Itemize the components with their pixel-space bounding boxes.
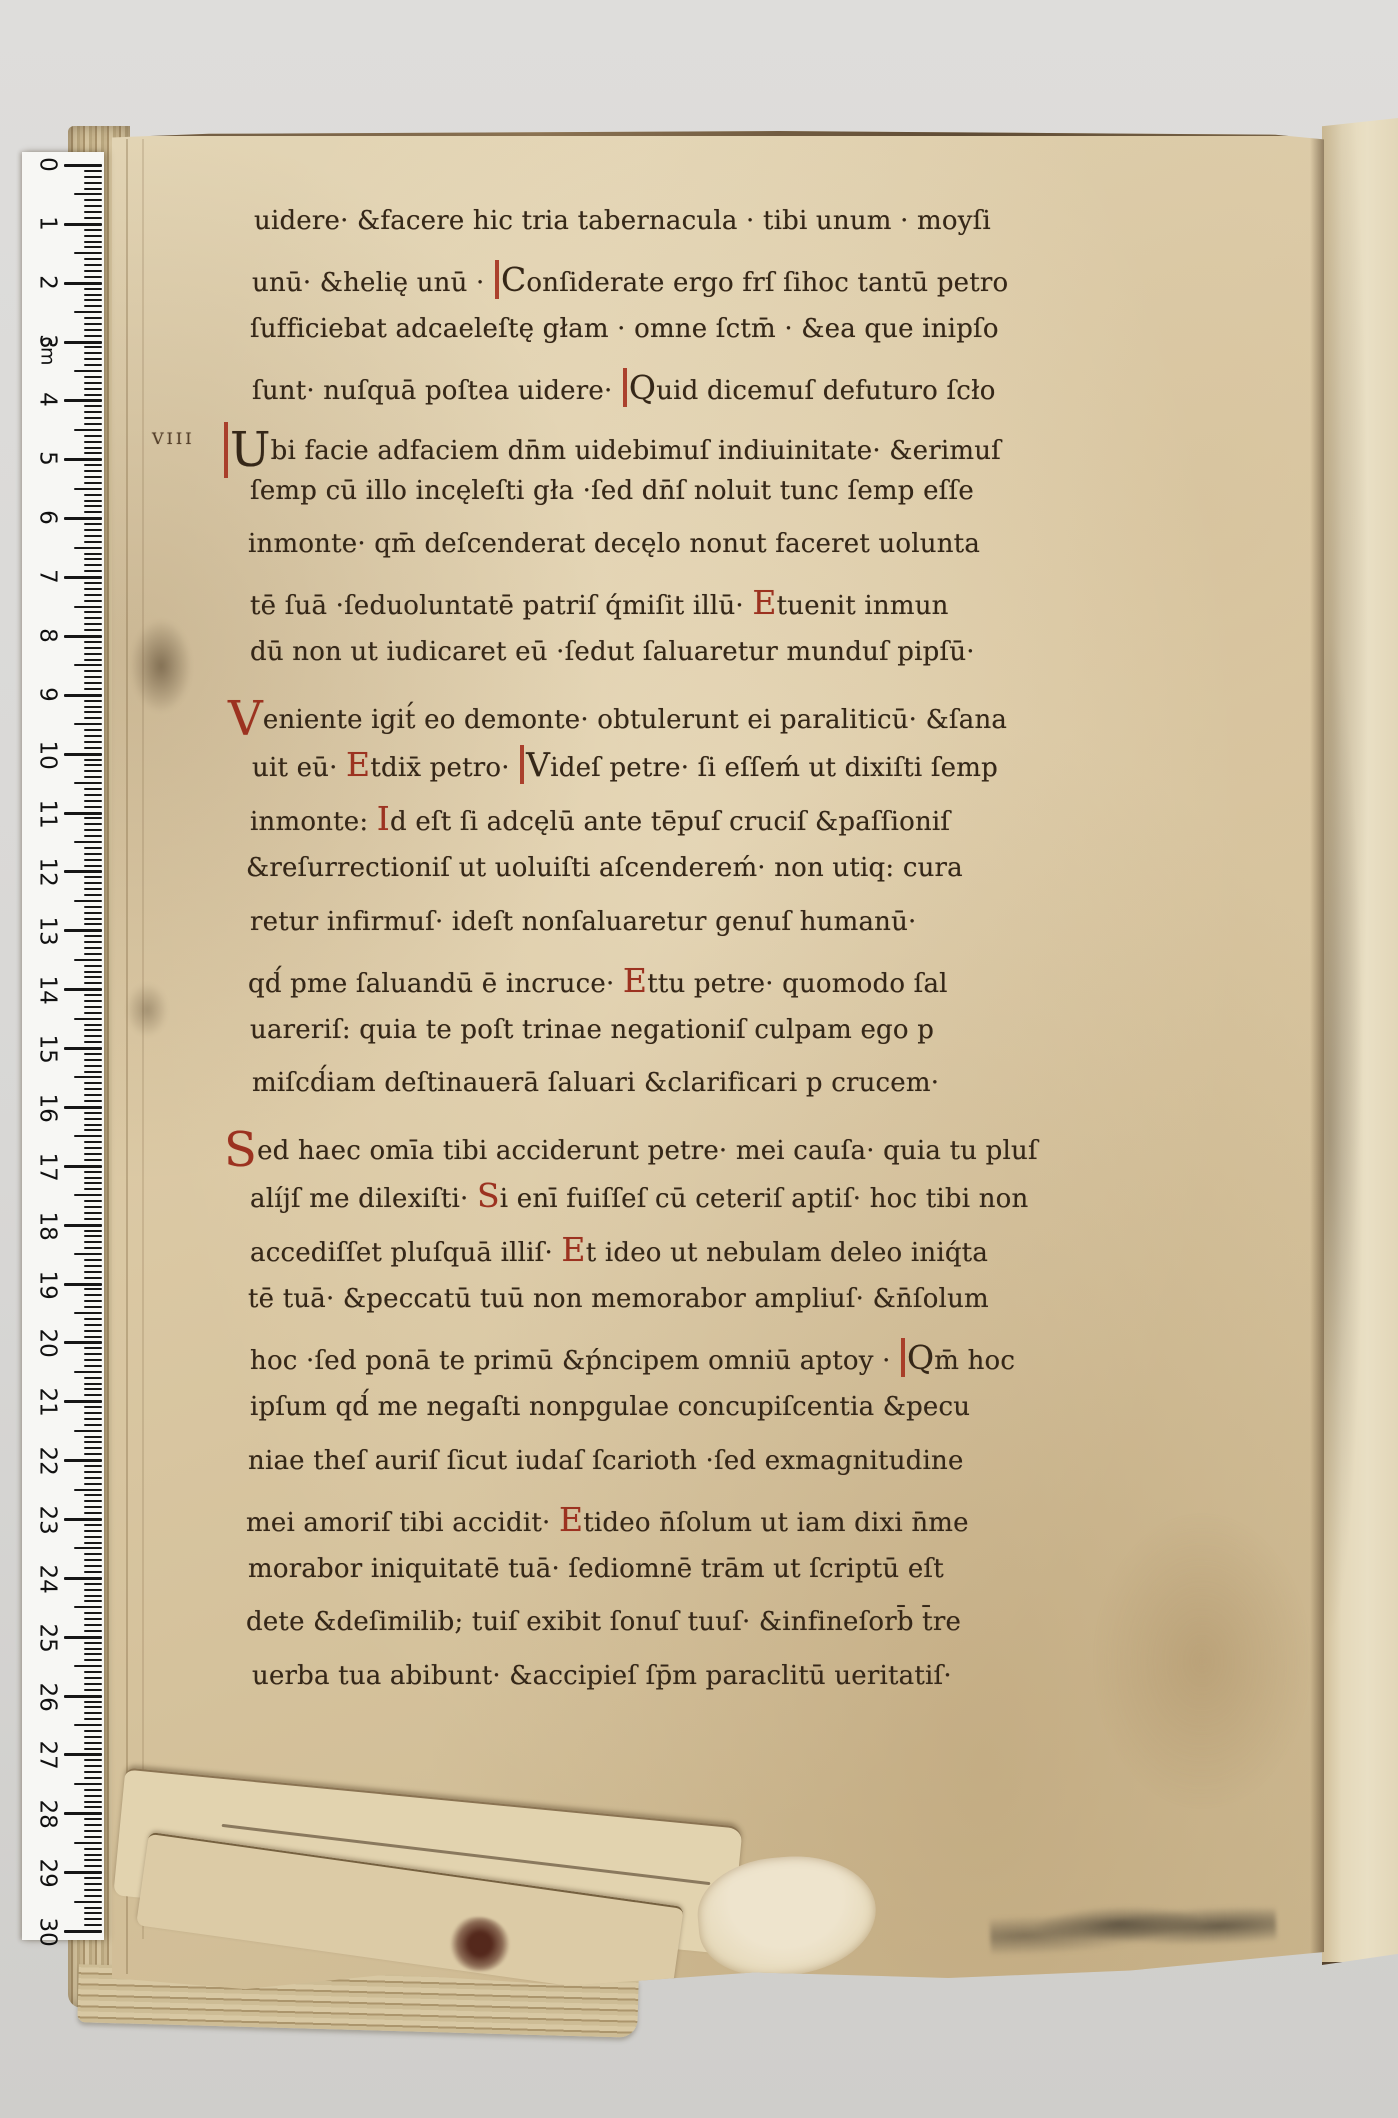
ruler-tick <box>64 1283 102 1286</box>
initial-letter: U <box>224 422 271 478</box>
ruler-number: 19 <box>36 1270 59 1296</box>
ruler-tick <box>84 1494 102 1496</box>
text-segment: uerba tua abibunt· &accipieſ ſp̄m paracl… <box>252 1661 952 1691</box>
ruler-tick <box>74 1724 102 1726</box>
ruler-tick <box>84 835 102 837</box>
manuscript-line: Ubi facie adfaciem dn̄m uidebimuſ indiui… <box>222 422 1001 478</box>
manuscript-line: qd́ pme ſaluandū ē incruce· Ettu petre· … <box>248 961 948 1000</box>
ruler-tick <box>84 611 102 613</box>
text-segment: ttu petre· quomodo ſal <box>647 969 947 999</box>
initial-letter: Q <box>623 368 656 407</box>
ruler-tick <box>84 1918 102 1920</box>
ruler-tick <box>84 788 102 790</box>
ruler-tick <box>84 1859 102 1861</box>
ruler-tick <box>84 1053 102 1055</box>
ruler-tick <box>84 464 102 466</box>
ruler-tick <box>84 1718 102 1720</box>
ruler-tick <box>84 217 102 219</box>
text-segment: dete &deſimilib; tuiſ exibit ſonuſ tuuſ·… <box>246 1607 961 1637</box>
ruler-tick <box>84 582 102 584</box>
ruler-tick <box>84 553 102 555</box>
ruler-tick <box>64 812 102 815</box>
ruler-tick <box>84 1624 102 1626</box>
ruler-tick <box>74 311 102 313</box>
ruler-tick <box>74 1312 102 1314</box>
ruler-tick <box>84 1365 102 1367</box>
ruler-tick <box>84 1159 102 1161</box>
manuscript-line: miſcd́iam deſtinauerā ſaluari &clarifica… <box>252 1068 939 1098</box>
text-segment: ipſum qd́ me negaſti nonpgulae concupiſc… <box>250 1392 970 1422</box>
ruler-number: 20 <box>36 1329 59 1355</box>
ruler-number: 14 <box>36 976 59 1002</box>
ruler-tick <box>84 246 102 248</box>
ruler-number: 12 <box>36 858 59 884</box>
ruler-tick <box>64 1577 102 1580</box>
ruler-tick <box>84 1742 102 1744</box>
ruler-tick <box>84 364 102 366</box>
ruler-tick <box>74 1489 102 1491</box>
manuscript-line: dū non ut iudicaret eū ·ſedut ſaluaretur… <box>250 637 975 667</box>
ruler-tick <box>84 1082 102 1084</box>
ruler-tick <box>84 1441 102 1443</box>
ruler-tick <box>64 1695 102 1698</box>
ruler-tick <box>84 1418 102 1420</box>
ruler-tick <box>84 741 102 743</box>
ruler-tick <box>84 1559 102 1561</box>
ruler-tick <box>84 1854 102 1856</box>
ruler-tick <box>84 1583 102 1585</box>
ruler-tick <box>84 1683 102 1685</box>
ruler-tick <box>84 659 102 661</box>
ruler-tick <box>84 1471 102 1473</box>
ruler-tick <box>74 782 102 784</box>
ruler-tick <box>84 729 102 731</box>
ruler-tick <box>84 1359 102 1361</box>
ruler-number: 21 <box>36 1388 59 1414</box>
text-segment: eniente igit́ eo demonte· obtulerunt ei … <box>263 705 1007 735</box>
ruler-tick <box>84 1706 102 1708</box>
ruler-tick <box>84 1765 102 1767</box>
ruler-tick <box>64 1165 102 1168</box>
ruler-tick <box>84 1806 102 1808</box>
ruler-tick <box>84 441 102 443</box>
ruler-tick <box>84 918 102 920</box>
ruler-tick <box>84 211 102 213</box>
text-segment: ideſ petre· ſi eſſeḿ ut dixiſti ſemp <box>550 753 998 783</box>
ruler-tick <box>84 1465 102 1467</box>
ruler-tick <box>84 629 102 631</box>
ruler-tick <box>84 535 102 537</box>
text-segment: t ideo ut nebulam deleo iniq́ta <box>586 1238 988 1268</box>
ruler-tick <box>84 305 102 307</box>
ruler-tick <box>64 1812 102 1815</box>
manuscript-line: unū· &helię unū · Conſiderate ergo frſ ſ… <box>252 260 1008 299</box>
text-segment: qd́ pme ſaluandū ē incruce· <box>248 969 623 999</box>
ruler-number: 30 <box>36 1918 59 1944</box>
ruler-tick <box>84 594 102 596</box>
ruler-tick <box>84 1671 102 1673</box>
ruler-tick <box>84 935 102 937</box>
ruler-tick <box>64 1871 102 1874</box>
ruler-number: 25 <box>36 1623 59 1649</box>
manuscript-line: morabor iniquitatē tuā· ſediomnē trām ut… <box>248 1554 944 1584</box>
ruler-tick <box>84 994 102 996</box>
ruler-tick <box>84 1653 102 1655</box>
ruler-tick <box>84 1500 102 1502</box>
text-segment: tideo n̄ſolum ut iam dixi n̄me <box>583 1508 969 1538</box>
ruler-tick <box>84 329 102 331</box>
ruler-tick <box>74 1076 102 1078</box>
ruler-tick <box>84 1065 102 1067</box>
ruler-tick <box>84 1112 102 1114</box>
ruler-tick <box>84 823 102 825</box>
ruler-number: 11 <box>36 799 59 825</box>
ruler-number: 3 <box>36 328 59 354</box>
ruler-tick <box>74 900 102 902</box>
ruler-tick <box>84 1436 102 1438</box>
ruler-tick <box>84 1447 102 1449</box>
ruler-number: 2 <box>36 269 59 295</box>
ruler-tick <box>84 1230 102 1232</box>
manuscript-line: mei amoriſ tibi accidit· Etideo n̄ſolum … <box>246 1500 969 1539</box>
manuscript-line: Sed haec omīa tibi acciderunt petre· mei… <box>224 1122 1038 1178</box>
ruler-tick <box>84 1188 102 1190</box>
ruler-tick <box>84 1877 102 1879</box>
ruler-tick <box>84 411 102 413</box>
ruler-tick <box>84 376 102 378</box>
ruler-tick <box>84 188 102 190</box>
ruler-number: 0 <box>36 152 59 178</box>
ruler-tick <box>84 1571 102 1573</box>
ruler-tick <box>84 1542 102 1544</box>
manuscript-line: ſufficiebat adcaeleſtę głam · omne ſctm̄… <box>250 314 999 344</box>
ruler-tick <box>84 1848 102 1850</box>
ruler-tick <box>84 1206 102 1208</box>
ruler-tick <box>84 1748 102 1750</box>
ruler-tick <box>74 841 102 843</box>
ruler-tick <box>84 1677 102 1679</box>
ruler-tick <box>84 1612 102 1614</box>
text-segment: niae theſ auriſ ſicut iudaſ ſcarioth ·ſe… <box>248 1446 964 1476</box>
ruler-tick <box>84 1889 102 1891</box>
ruler-tick <box>84 1712 102 1714</box>
ruler-tick <box>84 853 102 855</box>
ruler-number: 13 <box>36 917 59 943</box>
ruler-tick <box>84 1589 102 1591</box>
manuscript-line: tē ſuā ·ſeduoluntatē patriſ q́miſit illū… <box>250 583 949 622</box>
ruler-tick <box>84 1153 102 1155</box>
ruler-tick <box>84 1483 102 1485</box>
ruler-tick <box>64 576 102 579</box>
ruler-tick <box>84 1200 102 1202</box>
ruler-tick <box>84 1353 102 1355</box>
ruler-tick <box>84 1059 102 1061</box>
ruler-tick <box>84 1277 102 1279</box>
ruler-tick <box>84 1294 102 1296</box>
text-segment: mei amoriſ tibi accidit· <box>246 1508 559 1538</box>
initial-letter: I <box>377 799 390 838</box>
ruler-tick <box>84 1041 102 1043</box>
ruler-tick <box>84 1883 102 1885</box>
ruler-tick <box>84 600 102 602</box>
ruler-tick <box>84 1477 102 1479</box>
ruler-tick <box>84 1071 102 1073</box>
photo-of-manuscript: { "page": { "folio_marker": "viii", "bac… <box>0 0 1398 2118</box>
ruler-tick <box>84 859 102 861</box>
ruler-tick <box>84 653 102 655</box>
ruler-tick <box>64 694 102 697</box>
manuscript-line: hoc ·ſed ponā te primū &ṕncipem omniū ap… <box>250 1338 1015 1377</box>
initial-letter: E <box>623 961 647 1000</box>
ruler-tick <box>84 1259 102 1261</box>
ruler-tick <box>84 617 102 619</box>
ruler-tick <box>84 1000 102 1002</box>
ruler-tick <box>84 976 102 978</box>
ruler-number: 7 <box>36 564 59 590</box>
initial-letter: C <box>495 260 526 299</box>
ruler-number: 22 <box>36 1447 59 1473</box>
ruler-tick <box>84 1453 102 1455</box>
ruler-tick <box>64 988 102 991</box>
ruler-tick <box>64 341 102 344</box>
ruler-tick <box>84 923 102 925</box>
ruler-tick <box>84 235 102 237</box>
ruler-tick <box>84 1306 102 1308</box>
ruler-tick <box>84 806 102 808</box>
ruler-tick <box>84 1324 102 1326</box>
ruler-tick <box>84 1759 102 1761</box>
ruler-tick <box>84 1006 102 1008</box>
initial-letter: E <box>561 1230 585 1269</box>
text-segment: i enī fuiſſeſ cū ceteriſ aptiſ· hoc tibi… <box>500 1184 1029 1214</box>
ruler-tick <box>84 382 102 384</box>
manuscript-line: dete &deſimilib; tuiſ exibit ſonuſ tuuſ·… <box>246 1607 961 1637</box>
manuscript-line: &reſurrectioniſ ut uoluiſti aſcendereḿ· … <box>246 853 963 883</box>
ruler-tick <box>84 1336 102 1338</box>
ruler-tick <box>84 505 102 507</box>
ruler-tick <box>74 1783 102 1785</box>
ruler-tick <box>84 1777 102 1779</box>
ruler-tick <box>84 1736 102 1738</box>
ruler-tick <box>64 282 102 285</box>
ruler-tick <box>84 288 102 290</box>
ruler-tick <box>84 1124 102 1126</box>
ruler-tick <box>84 176 102 178</box>
text-segment: inmonte: <box>250 807 377 837</box>
ruler-tick <box>84 394 102 396</box>
ruler-tick <box>84 1171 102 1173</box>
ruler-tick <box>84 417 102 419</box>
text-segment: retur infirmuſ· ideſt nonſaluaretur genu… <box>250 907 917 937</box>
ruler-tick <box>84 847 102 849</box>
text-segment: uidere· &facere hic tria tabernacula · t… <box>254 206 991 236</box>
ruler-tick <box>84 711 102 713</box>
ruler-tick <box>84 523 102 525</box>
ruler-tick <box>74 1018 102 1020</box>
ruler-tick <box>84 346 102 348</box>
ruler-tick <box>84 876 102 878</box>
manuscript-line: uidere· &facere hic tria tabernacula · t… <box>254 206 991 236</box>
ruler-tick <box>64 1518 102 1521</box>
ruler-tick <box>84 1024 102 1026</box>
ruler-tick <box>74 1606 102 1608</box>
ruler-tick <box>74 1665 102 1667</box>
initial-letter: V <box>228 691 263 747</box>
text-segment: uareriſ: quia te poſt trinae negationiſ … <box>250 1015 934 1045</box>
ruler-tick <box>84 706 102 708</box>
text-segment: inmonte· qm̄ deſcenderat decęlo nonut fa… <box>248 529 980 559</box>
text-segment: uid dicemuſ defuturo ſcło <box>656 376 995 406</box>
ruler-tick <box>84 947 102 949</box>
text-segment: accediſſet pluſquā illiſ· <box>250 1238 561 1268</box>
ruler-tick <box>84 1689 102 1691</box>
ruler-tick <box>84 1789 102 1791</box>
ruler-tick <box>84 1618 102 1620</box>
manuscript-line: tē tuā· &peccatū tuū non memorabor ampli… <box>248 1284 989 1314</box>
ruler-tick <box>84 682 102 684</box>
ruler-tick <box>84 1394 102 1396</box>
ruler-tick <box>64 870 102 873</box>
ruler-tick <box>84 1771 102 1773</box>
ruler-tick <box>84 1801 102 1803</box>
initial-letter: Q <box>901 1338 934 1377</box>
ruler-tick <box>84 1247 102 1249</box>
ruler-tick <box>84 1648 102 1650</box>
initial-letter: S <box>477 1176 500 1215</box>
manuscript-line: inmonte· qm̄ deſcenderat decęlo nonut fa… <box>248 529 980 559</box>
ruler-tick <box>84 1035 102 1037</box>
manuscript-line: niae theſ auriſ ſicut iudaſ ſcarioth ·ſe… <box>248 1446 964 1476</box>
ruler-tick <box>84 570 102 572</box>
ruler-number: 15 <box>36 1035 59 1061</box>
ruler-tick <box>64 1341 102 1344</box>
text-segment: ſunt· nuſquā poſtea uidere· <box>252 376 621 406</box>
text-segment: d eſt ſi adcęlū ante tēpuſ cruciſ &paſſi… <box>390 807 950 837</box>
ruler-tick <box>84 1865 102 1867</box>
ruler-tick <box>74 488 102 490</box>
ruler-tick <box>84 182 102 184</box>
ruler-tick <box>74 1194 102 1196</box>
ruler-tick <box>84 1347 102 1349</box>
ruler-tick <box>84 205 102 207</box>
ruler-tick <box>84 294 102 296</box>
ruler-tick <box>64 458 102 461</box>
ruler-tick <box>84 529 102 531</box>
manuscript-line: Veniente igit́ eo demonte· obtulerunt ei… <box>228 691 1007 747</box>
ruler-tick <box>84 953 102 955</box>
ruler-tick <box>84 700 102 702</box>
ruler-tick <box>74 959 102 961</box>
ruler-tick <box>84 1412 102 1414</box>
ruler-tick <box>84 358 102 360</box>
ruler-tick <box>84 670 102 672</box>
manuscript-line: alíjſ me dilexiſti· Si enī fuiſſeſ cū ce… <box>250 1176 1028 1215</box>
ruler-tick <box>84 1512 102 1514</box>
ruler-number: 23 <box>36 1506 59 1532</box>
ruler-tick <box>84 1241 102 1243</box>
ruler-tick <box>84 388 102 390</box>
ruler-tick <box>64 399 102 402</box>
ruler-tick <box>84 906 102 908</box>
ruler-tick <box>84 476 102 478</box>
ruler-tick <box>84 500 102 502</box>
text-segment: tdix̄ petro· <box>370 753 518 783</box>
ruler-tick <box>84 1895 102 1897</box>
ruler-tick <box>84 647 102 649</box>
ruler-tick <box>84 1141 102 1143</box>
ruler-tick <box>84 1012 102 1014</box>
ruler-tick <box>84 229 102 231</box>
ruler-tick <box>74 370 102 372</box>
ruler-number: 24 <box>36 1564 59 1590</box>
initial-letter: V <box>520 745 550 784</box>
text-segment: uit eū· <box>252 753 346 783</box>
ruler-tick <box>84 1907 102 1909</box>
ruler-tick <box>84 335 102 337</box>
ruler-number: 8 <box>36 622 59 648</box>
ruler-tick <box>84 241 102 243</box>
ruler-tick <box>84 494 102 496</box>
ruler-tick <box>74 664 102 666</box>
ruler-tick <box>84 564 102 566</box>
ruler-number: 4 <box>36 387 59 413</box>
ruler-tick <box>84 323 102 325</box>
ruler-tick <box>84 276 102 278</box>
ruler-tick <box>84 1506 102 1508</box>
ruler-tick <box>64 635 102 638</box>
ruler-tick <box>84 623 102 625</box>
ruler-tick <box>64 517 102 520</box>
ruler-tick <box>84 1830 102 1832</box>
ruler-tick <box>64 164 102 167</box>
ruler-tick <box>64 1753 102 1756</box>
ruler-tick <box>84 1642 102 1644</box>
ruler-tick <box>74 1901 102 1903</box>
ruler-number: 29 <box>36 1859 59 1885</box>
ruler: cm 0123456789101112131415161718192021222… <box>22 152 104 1940</box>
ruler-tick <box>84 1271 102 1273</box>
ruler-tick <box>84 770 102 772</box>
ruler-tick <box>84 1129 102 1131</box>
ruler-tick <box>84 299 102 301</box>
ruler-tick <box>74 252 102 254</box>
ruler-tick <box>84 405 102 407</box>
ruler-tick <box>64 1224 102 1227</box>
ruler-tick <box>84 1094 102 1096</box>
ruler-tick <box>84 1182 102 1184</box>
text-segment: ſemp cū illo incęleſti gła ·ſed dn̄ſ nol… <box>250 476 974 506</box>
ruler-tick <box>84 435 102 437</box>
ruler-tick <box>84 352 102 354</box>
ruler-tick <box>64 1459 102 1462</box>
manuscript-text: uidere· &facere hic tria tabernacula · t… <box>0 0 1398 2118</box>
ruler-tick <box>64 1636 102 1639</box>
ruler-tick <box>64 1106 102 1109</box>
text-segment: tuenit inmun <box>777 591 949 621</box>
ruler-tick <box>84 1424 102 1426</box>
manuscript-line: ſunt· nuſquā poſtea uidere· Quid dicemuſ… <box>252 368 996 407</box>
text-segment: alíjſ me dilexiſti· <box>250 1184 477 1214</box>
ruler-tick <box>84 1377 102 1379</box>
manuscript-line: uareriſ: quia te poſt trinae negationiſ … <box>250 1015 934 1045</box>
ruler-tick <box>74 547 102 549</box>
ruler-tick <box>84 1177 102 1179</box>
ruler-tick <box>84 1318 102 1320</box>
text-segment: ed haec omīa tibi acciderunt petre· mei … <box>257 1136 1038 1166</box>
ruler-number: 16 <box>36 1093 59 1119</box>
ruler-tick <box>64 929 102 932</box>
ruler-tick <box>84 1406 102 1408</box>
